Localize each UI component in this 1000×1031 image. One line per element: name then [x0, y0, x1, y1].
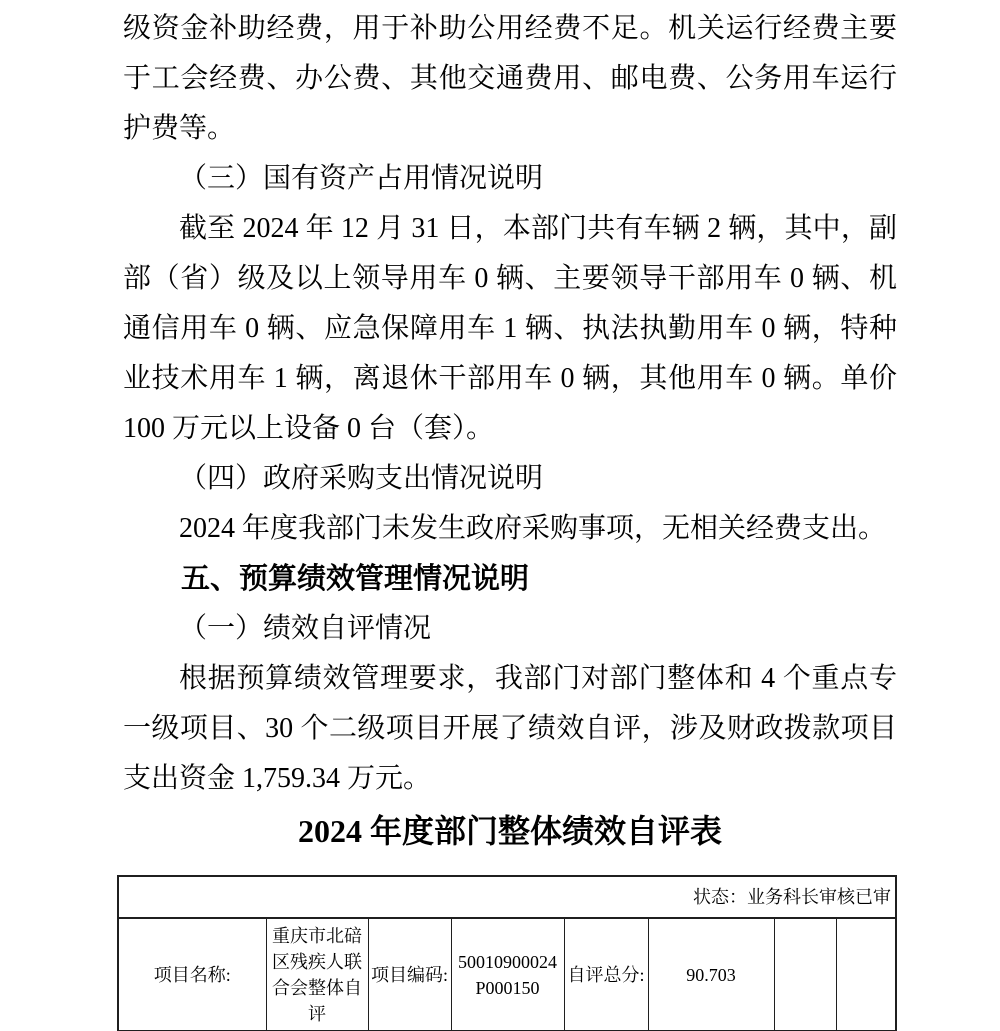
text-line: 截至 2024 年 12 月 31 日，本部门共有车辆 2 辆，其中，副 — [123, 204, 897, 254]
empty-cell — [774, 918, 836, 1031]
text-line: 根据预算绩效管理要求，我部门对部门整体和 4 个重点专项 — [123, 654, 897, 704]
score-label: 自评总分: — [564, 918, 648, 1031]
text-line: 2024 年度我部门未发生政府采购事项，无相关经费支出。 — [123, 504, 897, 554]
text-line: 通信用车 0 辆、应急保障用车 1 辆、执法执勤用车 0 辆，特种专 — [123, 304, 897, 354]
text-line: 业技术用车 1 辆，离退休干部用车 0 辆，其他用车 0 辆。单价 — [123, 354, 897, 404]
text-line: 于工会经费、办公费、其他交通费用、邮电费、公务用车运行维 — [123, 54, 897, 104]
table-row: 项目名称: 重庆市北碚区残疾人联合会整体自评 项目编码: 50010900024… — [118, 918, 896, 1031]
section-heading-state-assets: （三）国有资产占用情况说明 — [123, 154, 897, 204]
text-line: 100 万元以上设备 0 台（套）。 — [123, 404, 897, 454]
table-status-row: 状态：业务科长审核已审 — [118, 876, 896, 918]
project-name-label: 项目名称: — [118, 918, 266, 1031]
project-code-label: 项目编码: — [368, 918, 451, 1031]
text-line: 一级项目、30 个二级项目开展了绩效自评，涉及财政拨款项目 — [123, 704, 897, 754]
text-line: 护费等。 — [123, 104, 897, 154]
text-line: 部（省）级及以上领导用车 0 辆、主要领导干部用车 0 辆、机要 — [123, 254, 897, 304]
document-page: 级资金补助经费，用于补助公用经费不足。机关运行经费主要用 于工会经费、办公费、其… — [0, 0, 1000, 1031]
self-evaluation-table: 状态：业务科长审核已审 项目名称: 重庆市北碚区残疾人联合会整体自评 项目编码:… — [117, 875, 897, 1031]
section-heading-performance: 五、预算绩效管理情况说明 — [123, 554, 897, 604]
status-text: 状态：业务科长审核已审 — [118, 876, 896, 918]
project-code-value: 50010900024P000150 — [451, 918, 564, 1031]
document-body: 级资金补助经费，用于补助公用经费不足。机关运行经费主要用 于工会经费、办公费、其… — [123, 4, 897, 804]
text-line: 级资金补助经费，用于补助公用经费不足。机关运行经费主要用 — [123, 4, 897, 54]
section-heading-self-evaluation: （一）绩效自评情况 — [123, 604, 897, 654]
project-name-value: 重庆市北碚区残疾人联合会整体自评 — [266, 918, 368, 1031]
empty-cell — [836, 918, 896, 1031]
score-value: 90.703 — [648, 918, 774, 1031]
text-line: 支出资金 1,759.34 万元。 — [123, 754, 897, 804]
section-heading-procurement: （四）政府采购支出情况说明 — [123, 454, 897, 504]
table-title: 2024 年度部门整体绩效自评表 — [123, 808, 897, 854]
